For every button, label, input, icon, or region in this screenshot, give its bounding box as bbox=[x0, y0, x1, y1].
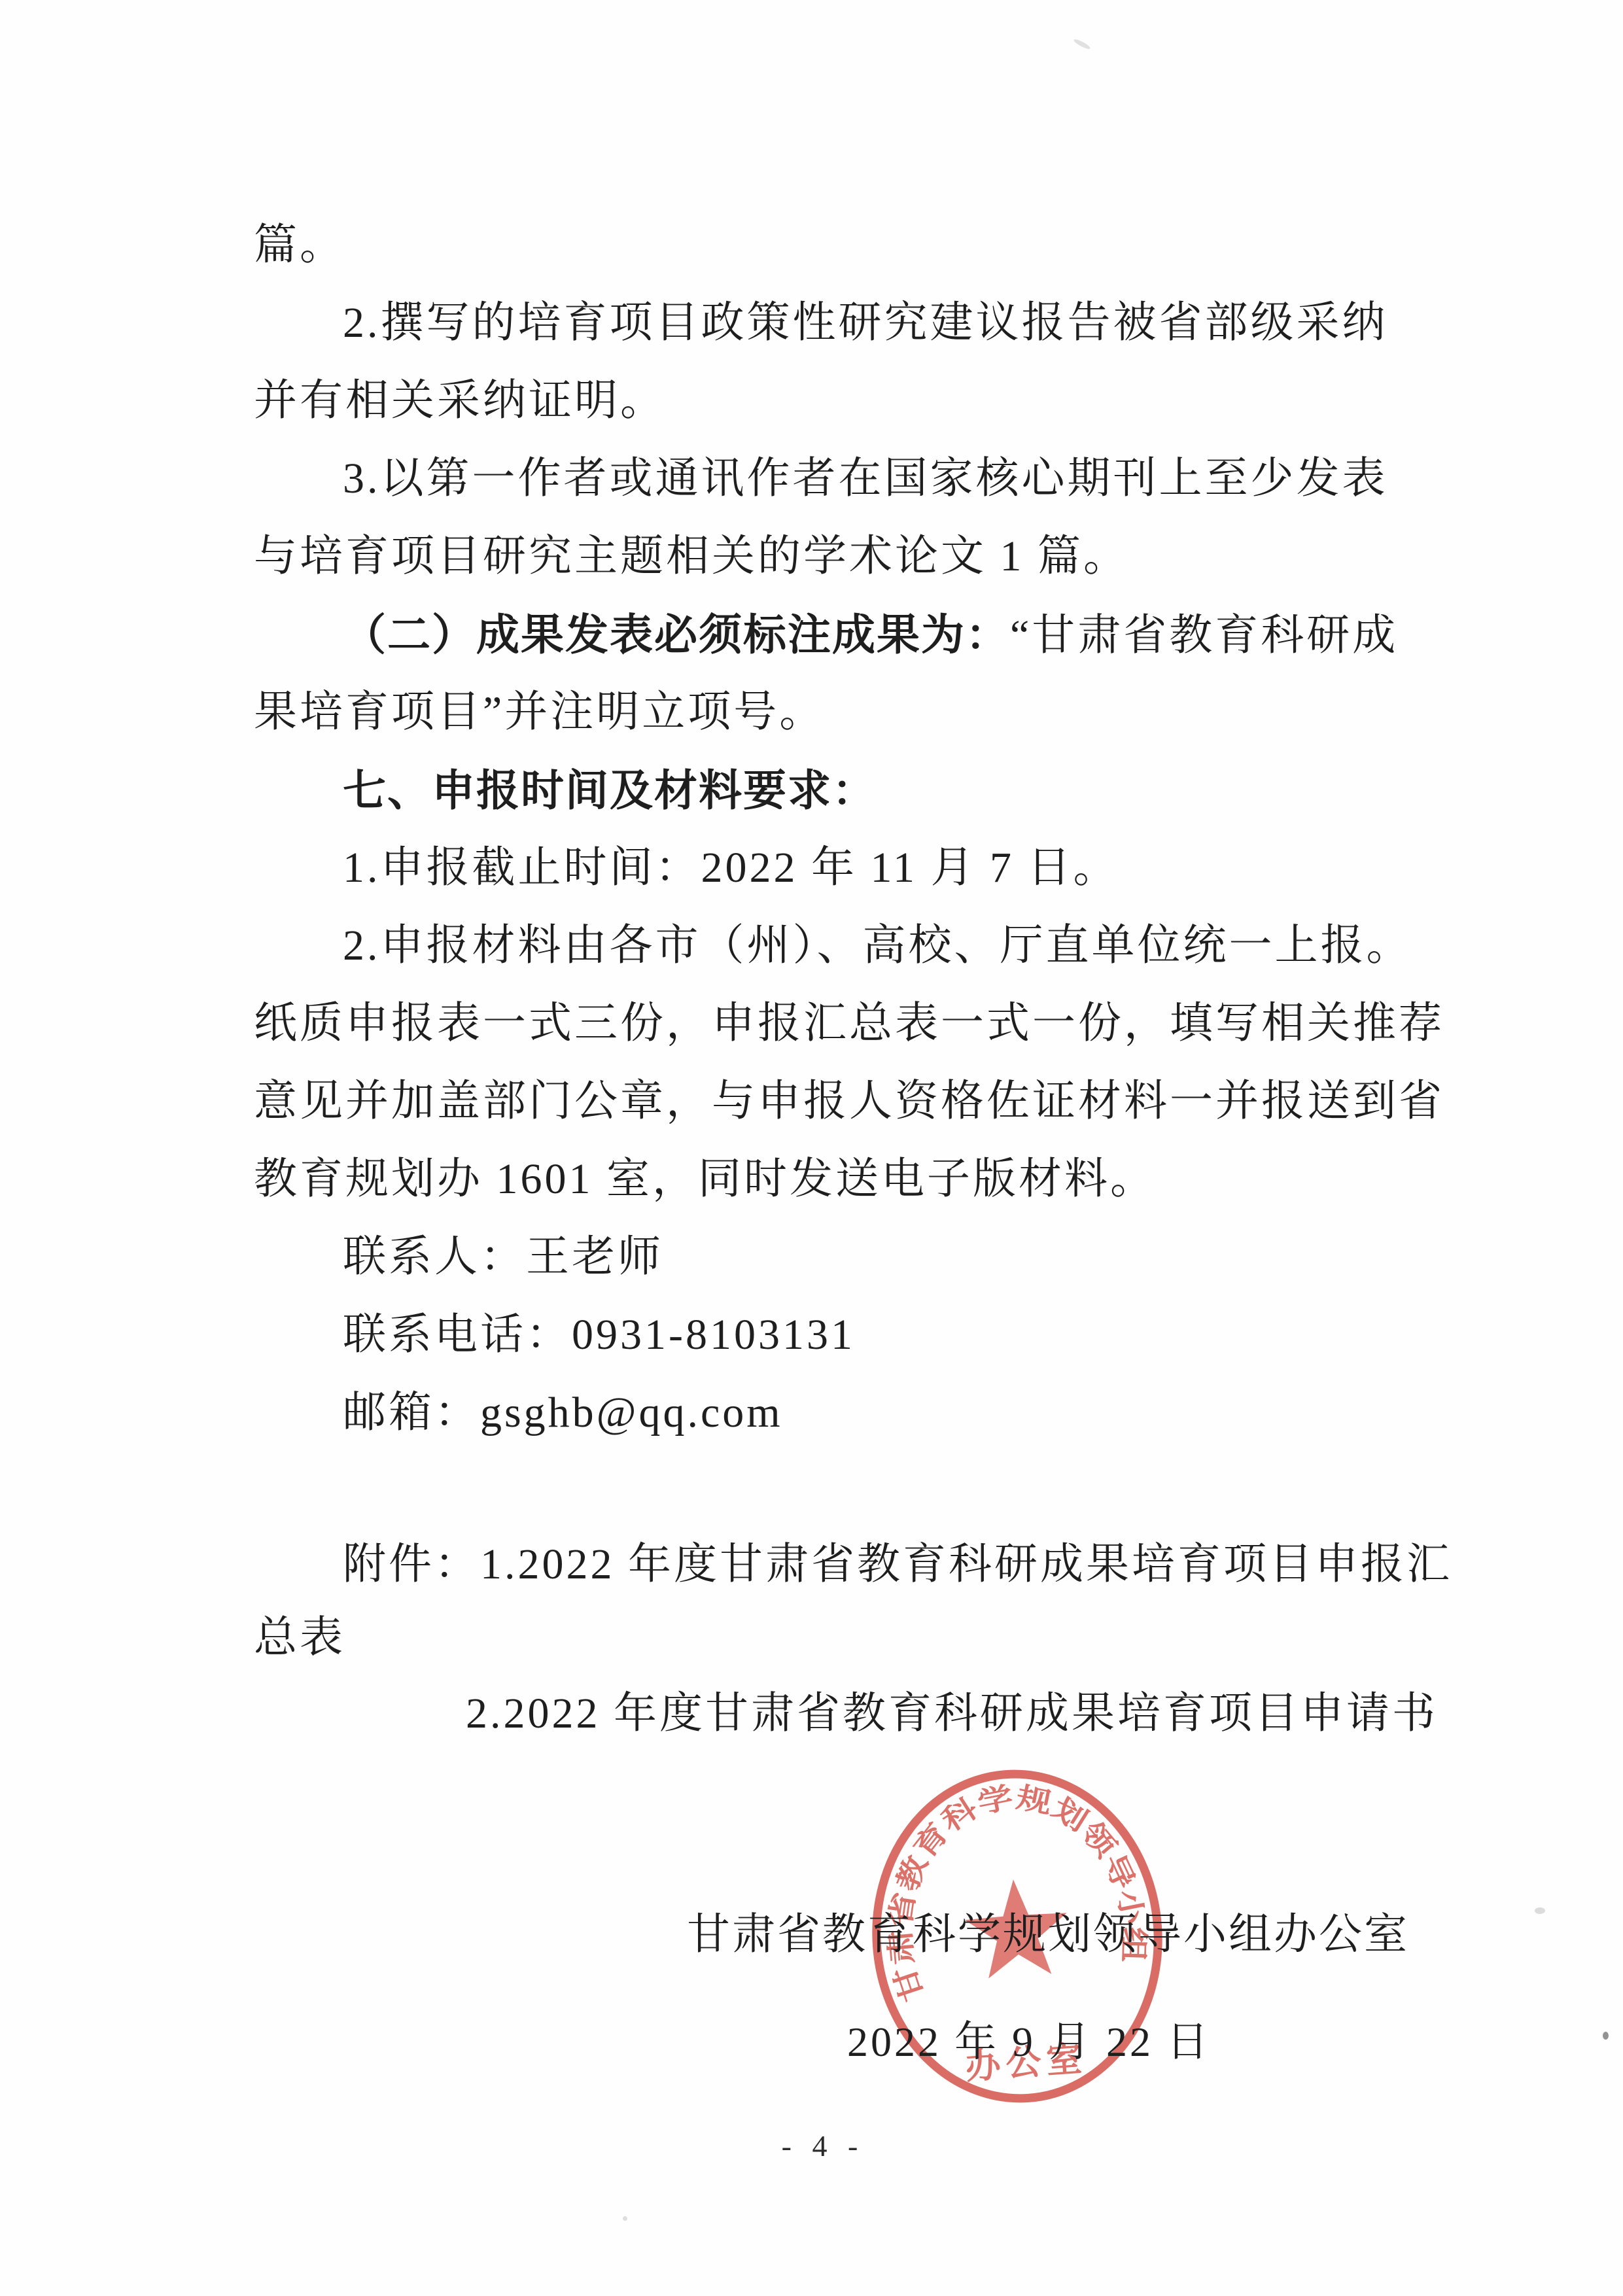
text-line: 七、申报时间及材料要求： bbox=[343, 751, 877, 829]
date-line: 2022 年 9 月 22 日 bbox=[847, 2003, 1211, 2081]
text-line: 2.撰写的培育项目政策性研究建议报告被省部级采纳 bbox=[343, 284, 1388, 362]
document-page: 甘肃省教育科学规划领导小组 办公室 篇。2.撰写的培育项目政策性研究建议报告被省… bbox=[0, 0, 1623, 2296]
text-line: 与培育项目研究主题相关的学术论文 1 篇。 bbox=[254, 517, 1129, 596]
text-line: 1.申报截止时间：2022 年 11 月 7 日。 bbox=[343, 829, 1119, 907]
text-line: 附件：1.2022 年度甘肃省教育科研成果培育项目申报汇 bbox=[343, 1525, 1452, 1604]
text-line: 篇。 bbox=[254, 206, 345, 285]
text-line: 邮箱：gsghb@qq.com bbox=[343, 1374, 783, 1452]
text-line: 2.申报材料由各市（州）、高校、厅直单位统一上报。 bbox=[343, 907, 1412, 985]
text-segment: （二）成果发表必须标注成果为： bbox=[343, 610, 1010, 659]
text-line: 教育规划办 1601 室，同时发送电子版材料。 bbox=[254, 1140, 1156, 1219]
scan-speck bbox=[1535, 1907, 1545, 1914]
text-line: 联系人：王老师 bbox=[343, 1218, 663, 1296]
scan-speck bbox=[1603, 2032, 1609, 2040]
text-line: 意见并加盖部门公章，与申报人资格佐证材料一并报送到省 bbox=[254, 1062, 1444, 1141]
text-line: 3.以第一作者或通讯作者在国家核心期刊上至少发表 bbox=[343, 440, 1388, 518]
page-number: - 4 - bbox=[718, 2123, 928, 2169]
signature-line: 甘肃省教育科学规划领导小组办公室 bbox=[687, 1896, 1409, 1974]
text-line: 联系电话：0931-8103131 bbox=[343, 1296, 855, 1374]
text-line: 纸质申报表一式三份，申报汇总表一式一份，填写相关推荐 bbox=[254, 984, 1444, 1063]
text-line: 2.2022 年度甘肃省教育科研成果培育项目申请书 bbox=[466, 1675, 1438, 1753]
text-line: 并有相关采纳证明。 bbox=[254, 362, 666, 440]
scan-speck bbox=[623, 2216, 627, 2221]
text-line: 果培育项目”并注明立项号。 bbox=[254, 673, 825, 752]
scan-speck bbox=[1073, 38, 1091, 50]
text-line: 总表 bbox=[254, 1599, 345, 1677]
text-line: （二）成果发表必须标注成果为：“甘肃省教育科研成 bbox=[343, 595, 1398, 674]
text-segment: “甘肃省教育科研成 bbox=[1010, 612, 1398, 659]
